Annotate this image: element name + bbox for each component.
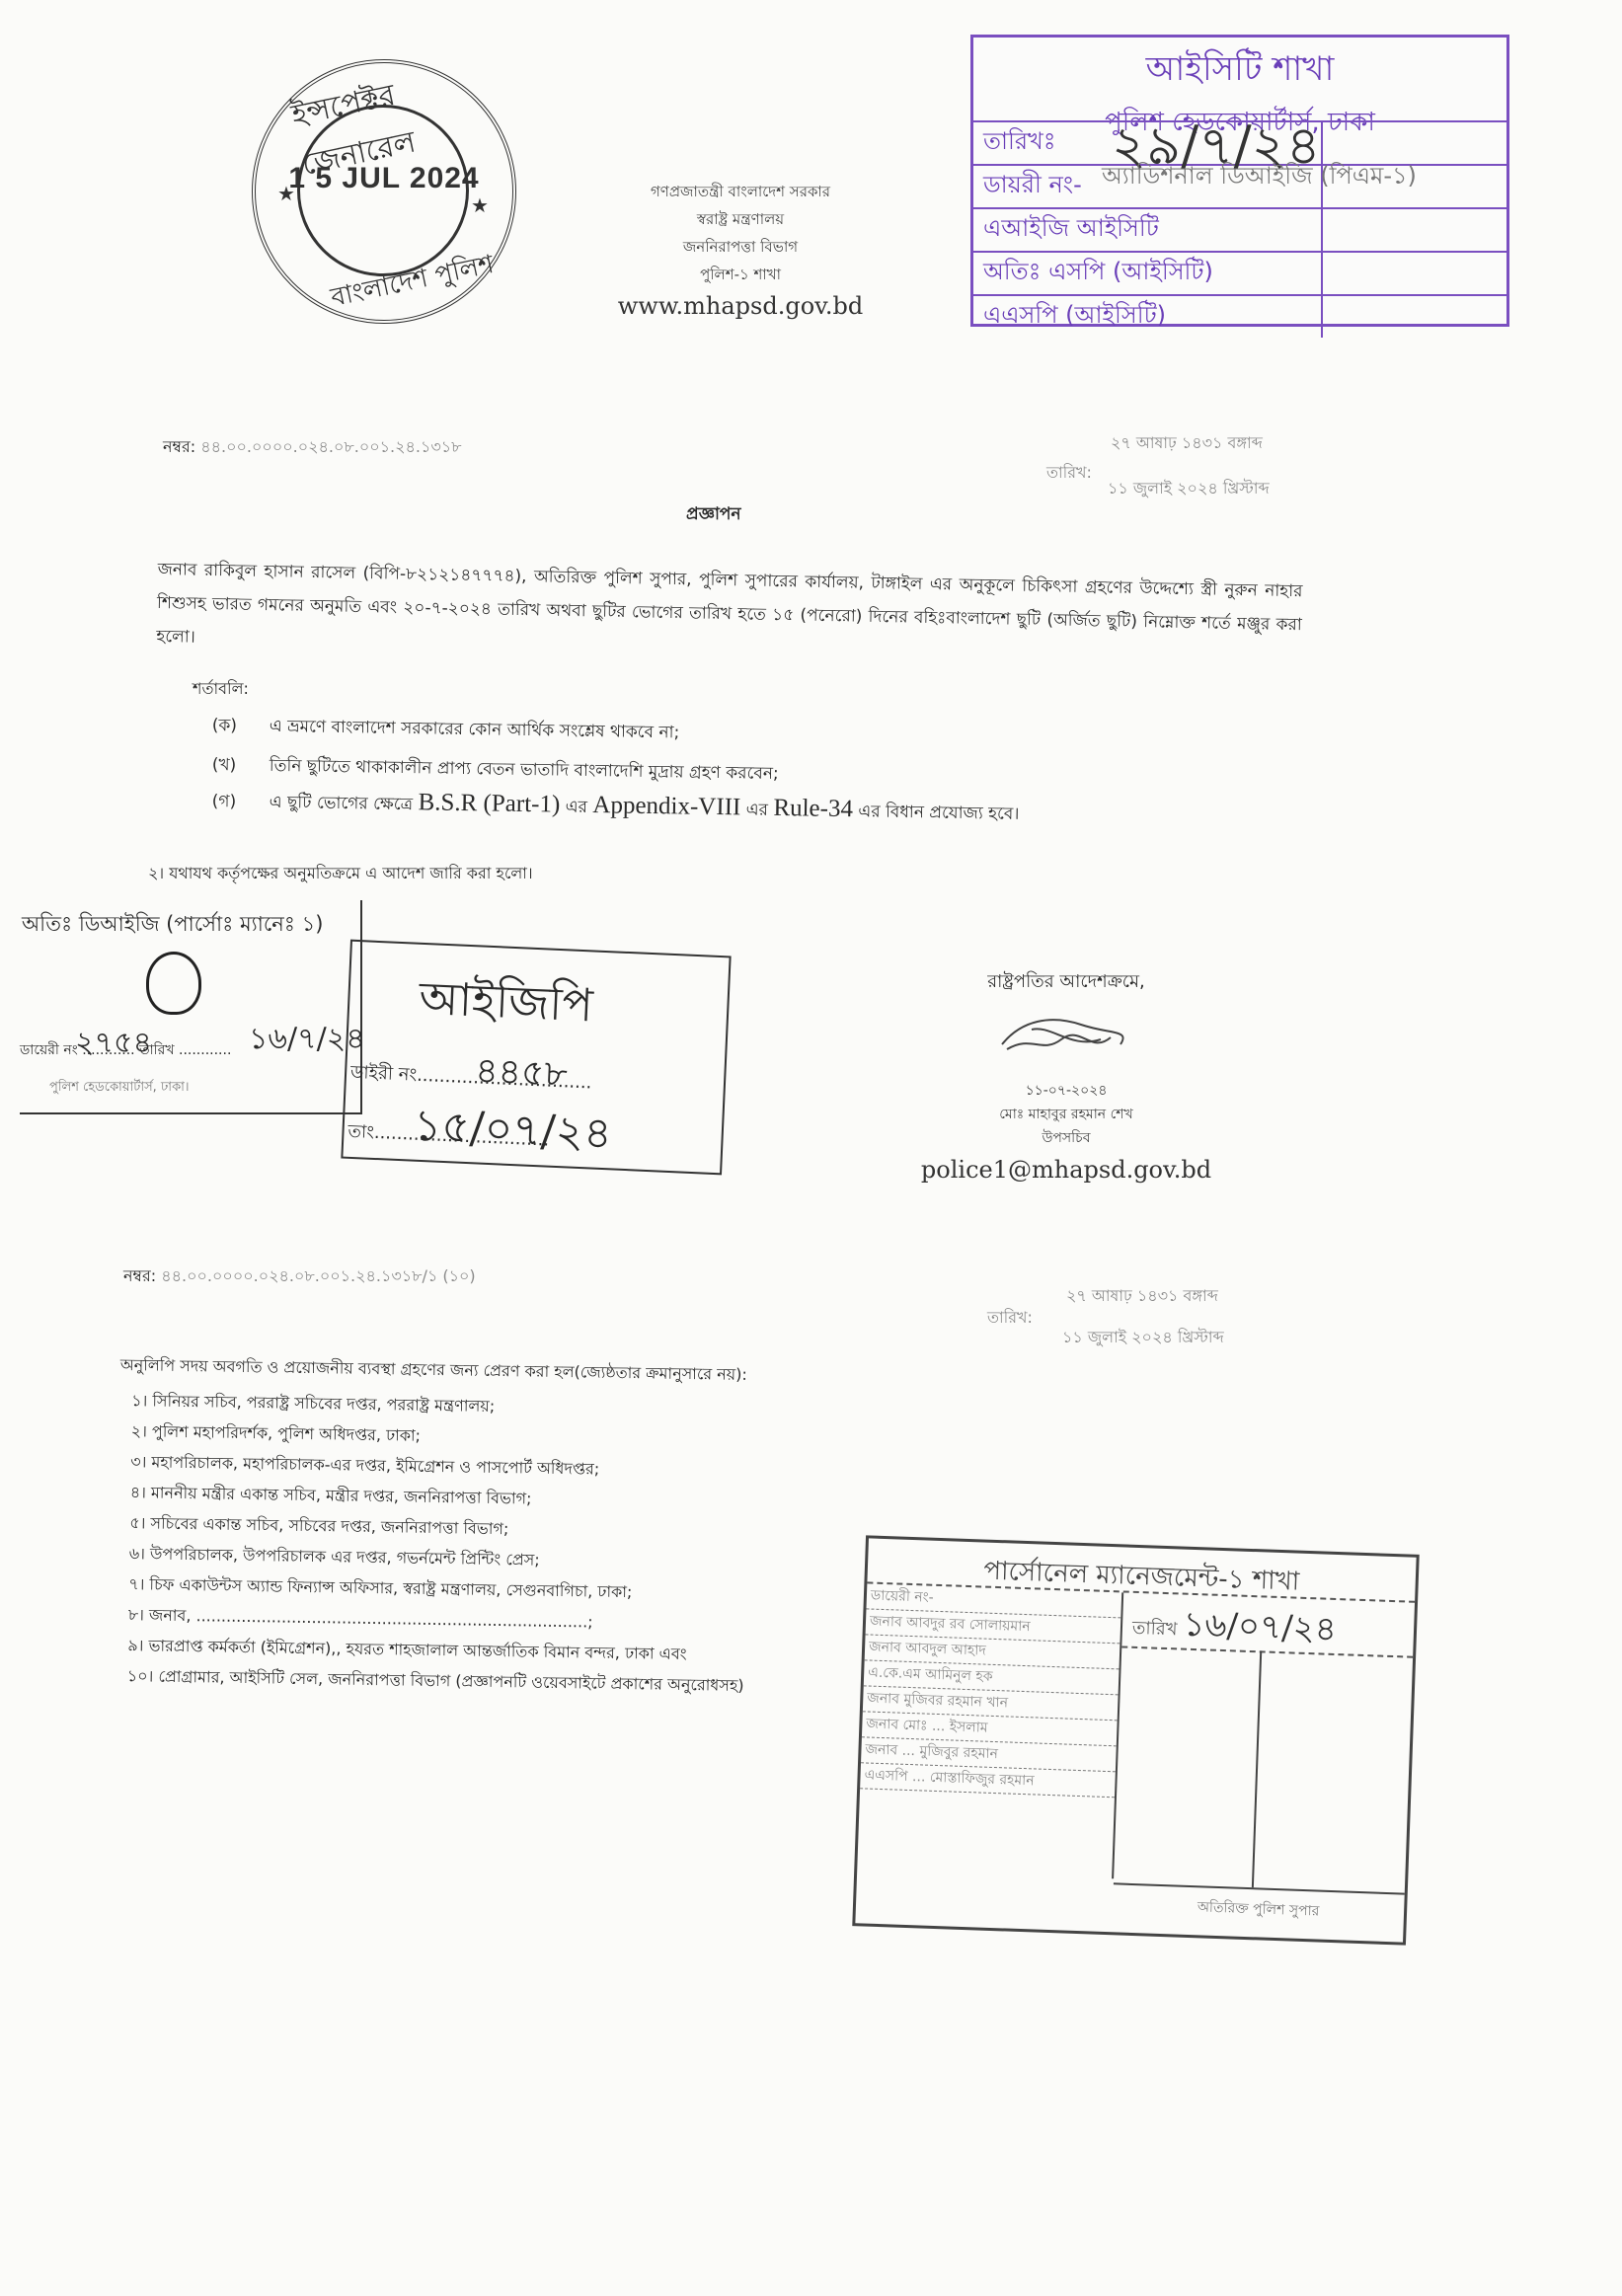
pm-stamp-officer-list: ডায়েরী নং- জনাব আবদুর রব সোলায়মান জনাব… xyxy=(857,1583,1123,1878)
order-line: রাষ্ট্রপতির আদেশক্রমে, xyxy=(869,967,1264,998)
bsr-reference: B.S.R (Part-1) xyxy=(418,789,560,817)
notification-title: প্রজ্ঞাপন xyxy=(686,501,741,529)
appendix-reference: Appendix-VIII xyxy=(592,792,740,820)
dig-personnel-stamp: অতিঃ ডিআইজি (পার্সোঃ ম্যানেঃ ১) ২৭৫৪ ১৬/… xyxy=(20,900,362,1114)
division-name: জননিরাপত্তা বিভাগ xyxy=(592,233,888,261)
distribution-list: অনুলিপি সদয় অবগতি ও প্রয়োজনীয় ব্যবস্থ… xyxy=(116,1352,910,1704)
condition-item: (খ)তিনি ছুটিতে থাকাকালীন প্রাপ্য বেতন ভা… xyxy=(212,752,779,789)
govt-header: গণপ্রজাতন্ত্রী বাংলাদেশ সরকার স্বরাষ্ট্র… xyxy=(592,178,888,320)
notification-body: জনাব রাকিবুল হাসান রাসেল (বিপি-৮২১২১৪৭৭৭… xyxy=(156,553,1303,675)
memo-number-value: ৪৪.০০.০০০০.০২৪.০৮.০০১.২৪.১৩১৮ xyxy=(200,437,461,456)
rule-reference: Rule-34 xyxy=(773,795,853,822)
initial-mark xyxy=(146,952,201,1015)
signatory-designation: উপসচিব xyxy=(869,1126,1264,1150)
pm-stamp-footer: অতিরিক্ত পুলিশ সুপার xyxy=(1113,1882,1405,1926)
copy-memo-date-bangla: ২৭ আষাঢ় ১৪৩১ বঙ্গাব্দ xyxy=(1066,1283,1218,1310)
star-icon: ★ xyxy=(471,193,489,217)
signature-block: রাষ্ট্রপতির আদেশক্রমে, ১১-০৭-২০২৪ মোঃ মা… xyxy=(869,967,1264,1184)
memo-date-gregorian: ১১ জুলাই ২০২৪ খ্রিস্টাব্দ xyxy=(1108,476,1270,502)
personnel-management-stamp: পার্সোনেল ম্যানেজমেন্ট-১ শাখা ডায়েরী নং… xyxy=(852,1535,1419,1945)
igp-date: ১৫/০৭/২৪ xyxy=(412,1093,613,1174)
igp-stamp: আইজিপি ডাইরী নং.........................… xyxy=(341,940,731,1176)
igp-stamp-title: আইজিপি xyxy=(418,964,594,1047)
copy-memo-date-gregorian: ১১ জুলাই ২০২৪ খ্রিস্টাব্দ xyxy=(1062,1325,1224,1351)
copy-memo-date-label: তারিখ: xyxy=(987,1305,1033,1332)
memo-number-label: নম্বর: xyxy=(163,437,195,456)
ict-row-aig: এআইজি আইসিটি xyxy=(973,208,1322,252)
copy-memo-number-value: ৪৪.০০.০০০০.০২৪.০৮.০০১.২৪.১৩১৮/১ (১০) xyxy=(161,1266,475,1285)
memo-date-label: তারিখ: xyxy=(1046,460,1092,487)
ict-stamp-title: আইসিটি শাখা xyxy=(973,43,1506,100)
seal-date: 1 5 JUL 2024 xyxy=(256,162,512,195)
ig-round-seal: ইন্সপেক্টর জেনারেল ★ ★ 1 5 JUL 2024 বাংল… xyxy=(252,59,516,324)
signature-date: ১১-০৭-২০২৪ xyxy=(869,1079,1264,1103)
dig-diary-label: ডায়েরী নং ............ তারিখ ..........… xyxy=(20,1038,231,1062)
condition-item: (ক)এ ভ্রমণে বাংলাদেশ সরকারের কোন আর্থিক … xyxy=(212,713,680,747)
condition-item: (গ)এ ছুটি ভোগের ক্ষেত্রে B.S.R (Part-1) … xyxy=(212,786,1020,829)
conditions-heading: শর্তাবলি: xyxy=(193,676,249,703)
copy-memo-number-label: নম্বর: xyxy=(123,1266,156,1285)
pm-stamp-handwritten-date: ১৬/০৭/২৪ xyxy=(1183,1605,1338,1649)
branch-name: পুলিশ-১ শাখা xyxy=(592,261,888,288)
signatory-email[interactable]: police1@mhapsd.gov.bd xyxy=(869,1156,1264,1184)
ict-row-asp: এএসপি (আইসিটি) xyxy=(973,295,1322,338)
signature-scribble xyxy=(992,1010,1140,1064)
govt-name: গণপ্রজাতন্ত্রী বাংলাদেশ সরকার xyxy=(592,178,888,205)
memo-number: নম্বর: ৪৪.০০.০০০০.০২৪.০৮.০০১.২৪.১৩১৮ xyxy=(163,434,462,461)
dig-stamp-title: অতিঃ ডিআইজি (পার্সোঃ ম্যানেঃ ১) xyxy=(22,908,324,943)
copy-memo-number: নম্বর: ৪৪.০০.০০০০.০২৪.০৮.০০১.২৪.১৩১৮/১ (… xyxy=(123,1263,476,1290)
signatory-name: মোঃ মাহাবুর রহমান শেখ xyxy=(869,1103,1264,1126)
website-link[interactable]: www.mhapsd.gov.bd xyxy=(592,292,888,320)
ict-branch-stamp: আইসিটি শাখা পুলিশ হেডকোয়ার্টার্স, ঢাকা … xyxy=(970,35,1509,327)
ict-overprint-text: অ্যাডিশনাল ডিআইজি (পিএম-১) xyxy=(1102,158,1417,197)
memo-date-bangla: ২৭ আষাঢ় ১৪৩১ বঙ্গাব্দ xyxy=(1111,430,1263,457)
ict-row-addl-sp: অতিঃ এসপি (আইসিটি) xyxy=(973,252,1322,295)
paragraph-2: ২। যথাযথ কর্তৃপক্ষের অনুমতিক্রমে এ আদেশ … xyxy=(148,861,533,887)
dig-stamp-address: পুলিশ হেডকোয়ার্টার্স, ঢাকা। xyxy=(49,1078,190,1099)
distribution-intro: অনুলিপি সদয় অবগতি ও প্রয়োজনীয় ব্যবস্থ… xyxy=(120,1352,910,1392)
ministry-name: স্বরাষ্ট্র মন্ত্রণালয় xyxy=(592,205,888,233)
